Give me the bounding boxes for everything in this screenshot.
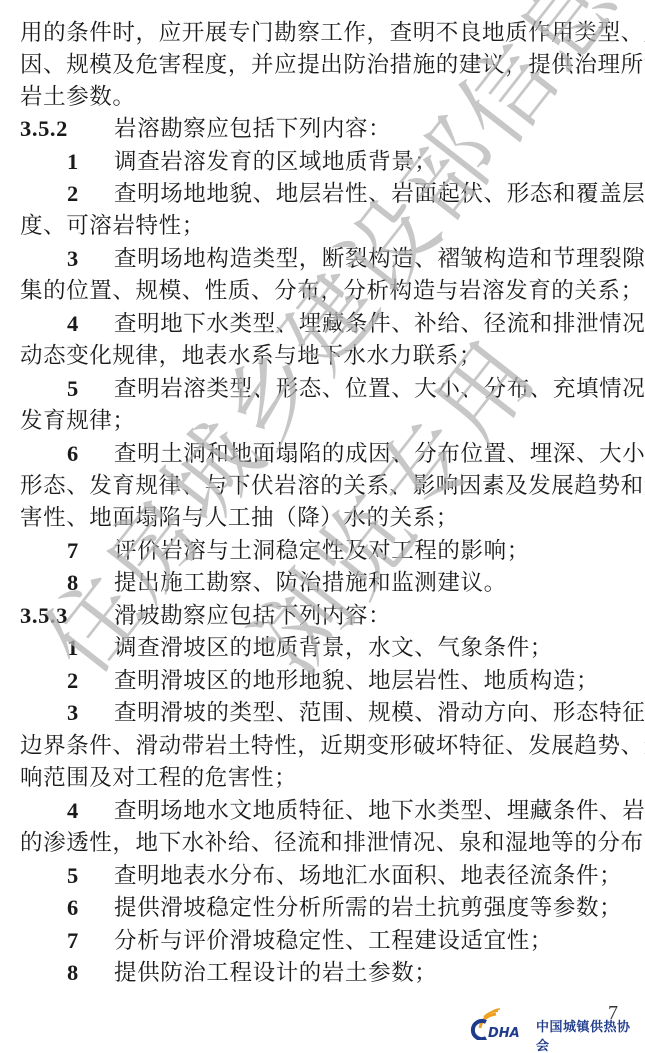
text-line: 形态、发育规律、与下伏岩溶的关系、影响因素及发展趋势和危 [20,470,634,502]
item-number: 3 [67,697,114,729]
list-item: 1调查岩溶发育的区域地质背景； [20,146,634,178]
item-number: 5 [67,860,114,892]
item-number: 6 [67,892,114,924]
list-item: 3查明滑坡的类型、范围、规模、滑动方向、形态特征及 [20,697,634,729]
list-item: 4查明地下水类型、埋藏条件、补给、径流和排泄情况及 [20,308,634,340]
list-item: 5查明岩溶类型、形态、位置、大小、分布、充填情况和 [20,373,634,405]
text-line: 的渗透性，地下水补给、径流和排泄情况、泉和湿地等的分布； [20,827,634,859]
list-item: 4查明场地水文地质特征、地下水类型、埋藏条件、岩土 [20,795,634,827]
item-number: 4 [67,308,114,340]
item-number: 1 [67,632,114,664]
item-number: 6 [67,438,114,470]
list-item: 8提供防治工程设计的岩土参数； [20,957,634,989]
list-item: 7分析与评价滑坡稳定性、工程建设适宜性； [20,925,634,957]
list-item: 8提出施工勘察、防治措施和监测建议。 [20,567,634,599]
item-number: 5 [67,373,114,405]
list-item: 2查明场地地貌、地层岩性、岩面起伏、形态和覆盖层厚 [20,178,634,210]
item-number: 1 [67,146,114,178]
text-line: 响范围及对工程的危害性； [20,762,634,794]
section-heading-3-5-3: 3.5.3滑坡勘察应包括下列内容： [20,600,634,632]
list-item: 6提供滑坡稳定性分析所需的岩土抗剪强度等参数； [20,892,634,924]
text-line: 因、规模及危害程度，并应提出防治措施的建议，提供治理所需 [20,49,634,81]
item-number: 2 [67,178,114,210]
item-number: 3 [67,243,114,275]
list-item: 1调查滑坡区的地质背景，水文、气象条件； [20,632,634,664]
text-line: 动态变化规律，地表水系与地下水水力联系； [20,340,634,372]
text-line: 集的位置、规模、性质、分布，分析构造与岩溶发育的关系； [20,275,634,307]
list-item: 5查明地表水分布、场地汇水面积、地表径流条件； [20,860,634,892]
section-heading-3-5-2: 3.5.2岩溶勘察应包括下列内容： [20,113,634,145]
list-item: 3查明场地构造类型，断裂构造、褶皱构造和节理裂隙密 [20,243,634,275]
section-number: 3.5.2 [20,113,114,145]
item-number: 8 [67,957,114,989]
item-number: 4 [67,795,114,827]
svg-text:DHA: DHA [488,1026,520,1040]
section-number: 3.5.3 [20,600,114,632]
item-number: 8 [67,567,114,599]
text-line: 度、可溶岩特性； [20,210,634,242]
item-number: 2 [67,665,114,697]
text-line: 边界条件、滑动带岩土特性，近期变形破坏特征、发展趋势、影 [20,730,634,762]
page-number: 7 [608,1002,618,1025]
text-line: 岩土参数。 [20,81,634,113]
item-number: 7 [67,535,114,567]
cdha-logo-icon: DHA [470,1008,532,1040]
text-line: 发育规律； [20,405,634,437]
list-item: 2查明滑坡区的地形地貌、地层岩性、地质构造； [20,665,634,697]
document-page: 用的条件时，应开展专门勘察工作，查明不良地质作用类型、成 因、规模及危害程度，并… [0,0,645,1053]
logo-org-name: 中国城镇供热协会 [536,1016,638,1053]
text-line: 用的条件时，应开展专门勘察工作，查明不良地质作用类型、成 [20,17,634,49]
list-item: 7评价岩溶与土洞稳定性及对工程的影响； [20,535,634,567]
list-item: 6查明土洞和地面塌陷的成因、分布位置、埋深、大小、 [20,438,634,470]
item-number: 7 [67,925,114,957]
text-line: 害性、地面塌陷与人工抽（降）水的关系； [20,502,634,534]
